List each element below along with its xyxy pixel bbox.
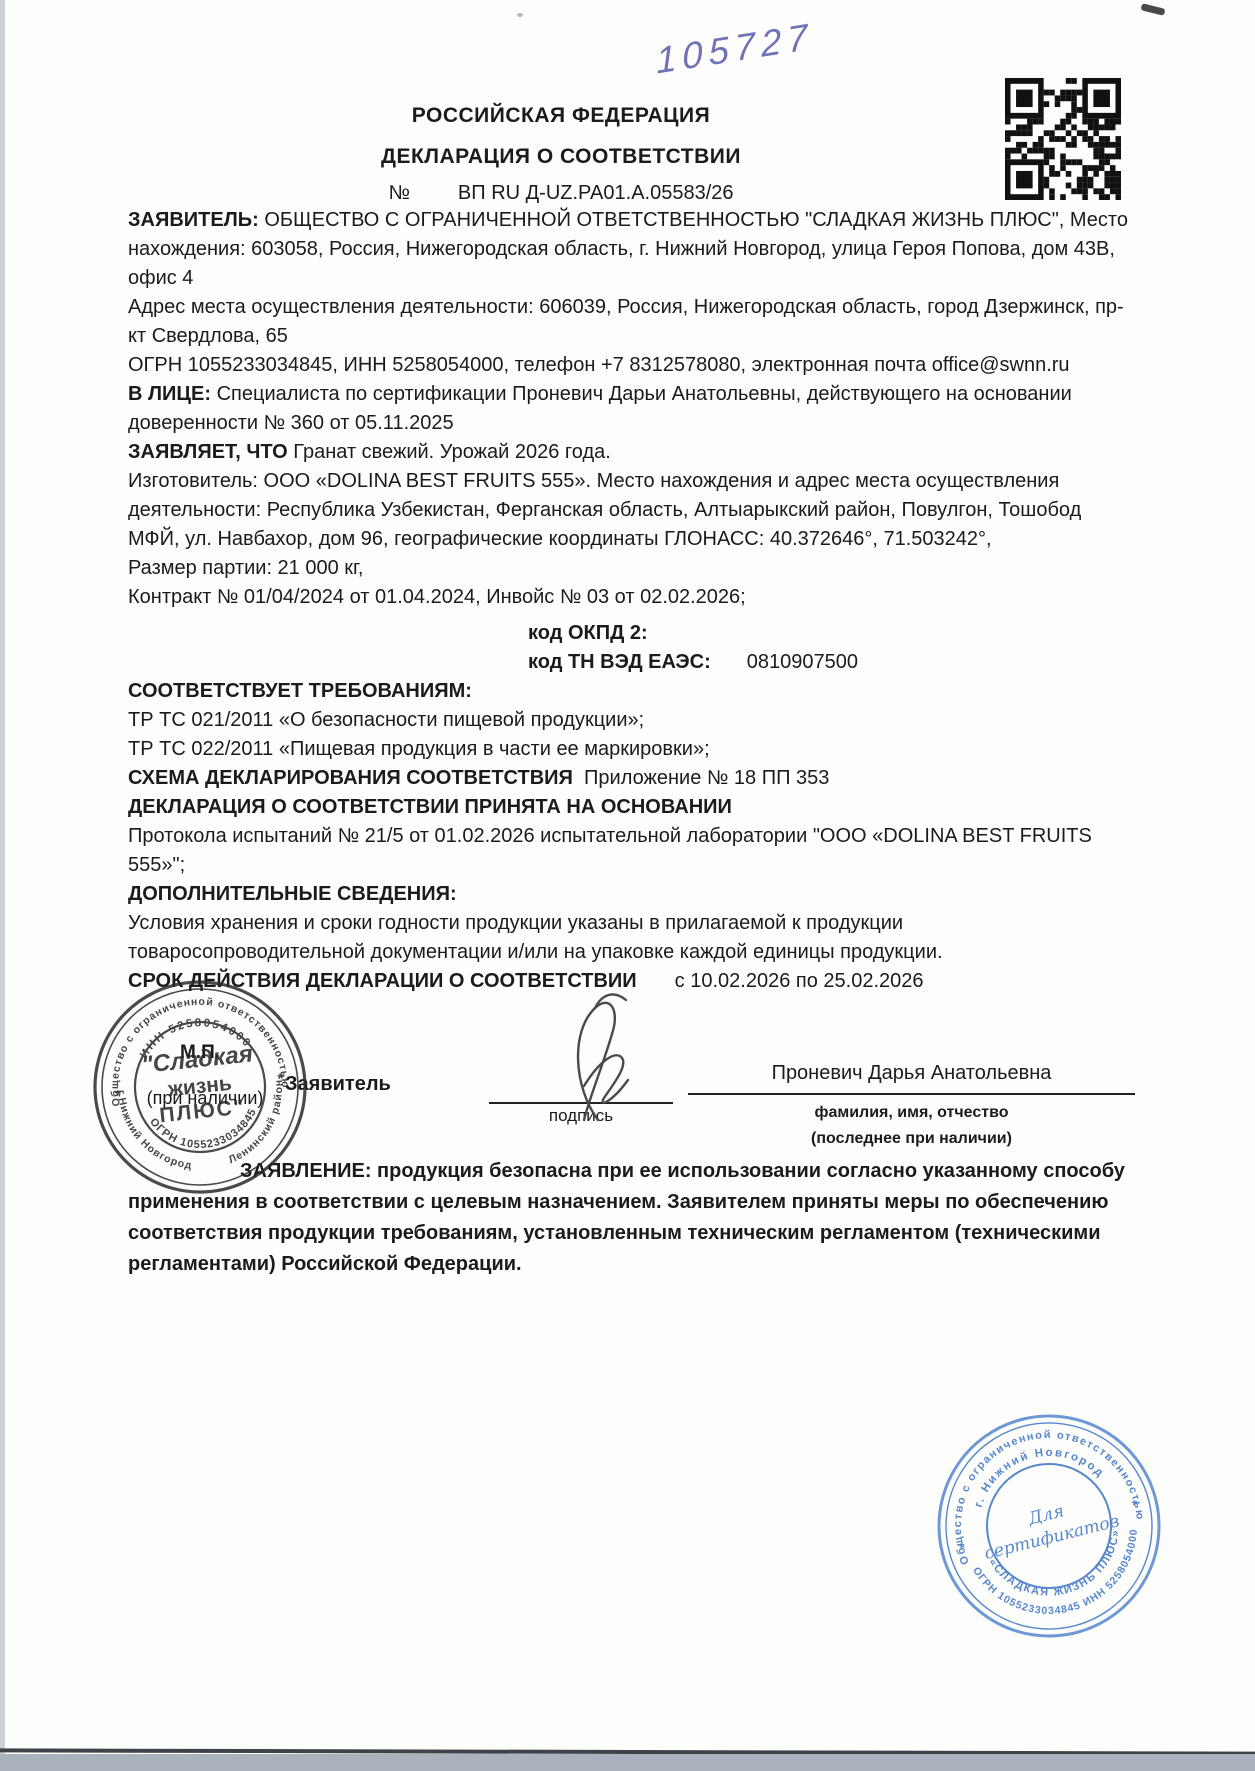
representative-label: В ЛИЦЕ: [128,383,211,405]
document-title: ДЕКЛАРАЦИЯ О СООТВЕТСТВИИ [128,145,994,169]
tnved-code-value: 0810907500 [747,651,858,673]
validity-dates: с 10.02.2026 по 25.02.2026 [675,967,924,996]
compliance-item: ТР ТС 022/2011 «Пищевая продукция в част… [128,735,1136,764]
applicant-paragraph: ЗАЯВИТЕЛЬ: ОБЩЕСТВО С ОГРАНИЧЕННОЙ ОТВЕТ… [128,206,1136,293]
number-sign: № [388,182,409,204]
activity-address: Адрес места осуществления деятельности: … [128,293,1136,351]
scan-speck [517,13,523,17]
country-title: РОССИЙСКАЯ ФЕДЕРАЦИЯ [128,104,994,128]
batch-size: Размер партии: 21 000 кг, [128,554,1136,583]
company-stamp-blue-icon: Общество с ограниченной ответственностью… [908,1385,1189,1666]
compliance-heading: СООТВЕТСТВУЕТ ТРЕБОВАНИЯМ: [128,677,1136,706]
additional-heading: ДОПОЛНИТЕЛЬНЫЕ СВЕДЕНИЯ: [128,880,1136,909]
handwritten-number: 105727 [655,15,815,82]
name-caption-1: фамилия, имя, отчество [688,1104,1135,1122]
document-body: ЗАЯВИТЕЛЬ: ОБЩЕСТВО С ОГРАНИЧЕННОЙ ОТВЕТ… [128,206,1136,996]
document-page: 105727 РОССИЙСКАЯ ФЕДЕРАЦИЯ ДЕКЛАРАЦИЯ О… [0,0,1255,1771]
scheme-row: СХЕМА ДЕКЛАРИРОВАНИЯ СООТВЕТСТВИЯ Прилож… [128,764,1136,793]
scheme-value: Приложение № 18 ПП 353 [584,767,829,789]
signer-name: Проневич Дарья Анатольевна [688,1062,1135,1095]
name-caption-2: (последнее при наличии) [688,1130,1135,1148]
additional-text: Условия хранения и сроки годности продук… [128,909,1136,967]
okpd-code-label: код ОКПД 2: [528,619,1136,648]
basis-text: Протокола испытаний № 21/5 от 01.02.2026… [128,822,1136,880]
compliance-item: ТР ТС 021/2011 «О безопасности пищевой п… [128,706,1136,735]
registration-info: ОГРН 1055233034845, ИНН 5258054000, теле… [128,351,1136,380]
company-stamp-black-icon: Общество с ограниченной ответственностью… [77,964,323,1210]
declares-label: ЗАЯВЛЯЕТ, ЧТО [128,441,288,463]
handwritten-signature [540,988,680,1128]
contract-info: Контракт № 01/04/2024 от 01.04.2024, Инв… [128,583,1136,612]
codes-block: код ОКПД 2: код ТН ВЭД ЕАЭС:0810907500 [528,619,1136,677]
basis-heading: ДЕКЛАРАЦИЯ О СООТВЕТСТВИИ ПРИНЯТА НА ОСН… [128,793,1136,822]
tnved-code-row: код ТН ВЭД ЕАЭС:0810907500 [528,648,1136,677]
document-header: РОССИЙСКАЯ ФЕДЕРАЦИЯ ДЕКЛАРАЦИЯ О СООТВЕ… [128,104,994,205]
manufacturer-paragraph: Изготовитель: ООО «DOLINA BEST FRUITS 55… [128,467,1136,554]
qr-code-icon [1005,78,1121,200]
scan-edge-bottom [0,1754,1255,1771]
scan-corner-mark [1141,3,1166,16]
scan-edge-left [0,0,5,1771]
representative-paragraph: В ЛИЦЕ: Специалиста по сертификации Прон… [128,380,1136,438]
declares-paragraph: ЗАЯВЛЯЕТ, ЧТО Гранат свежий. Урожай 2026… [128,438,1136,467]
number-value: ВП RU Д-UZ.РА01.А.05583/26 [458,182,734,204]
declaration-number: №ВП RU Д-UZ.РА01.А.05583/26 [128,182,994,205]
applicant-label: ЗАЯВИТЕЛЬ: [128,209,259,231]
